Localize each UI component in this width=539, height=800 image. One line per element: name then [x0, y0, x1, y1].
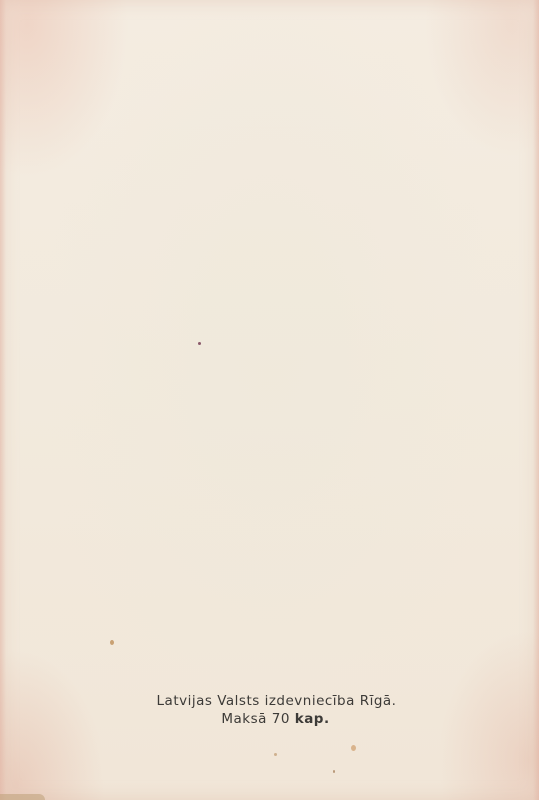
left-edge-discoloration — [0, 0, 6, 800]
back-cover-page: Latvijas Valsts izdevniecība Rīgā. Maksā… — [0, 0, 539, 800]
price-label: Maksā — [221, 711, 267, 727]
price-line: Maksā 70 kap. — [0, 710, 539, 728]
foxing-spot — [110, 640, 114, 645]
price-value: 70 — [272, 711, 290, 727]
price-unit: kap. — [295, 711, 330, 727]
ink-speck — [198, 342, 201, 345]
foxing-spot — [274, 753, 277, 756]
right-edge-discoloration — [533, 0, 539, 800]
corner-stain — [0, 794, 45, 800]
foxing-spot — [351, 745, 356, 751]
foxing-spot — [333, 770, 335, 773]
publisher-imprint: Latvijas Valsts izdevniecība Rīgā. Maksā… — [0, 692, 539, 728]
publisher-line: Latvijas Valsts izdevniecība Rīgā. — [0, 692, 539, 710]
